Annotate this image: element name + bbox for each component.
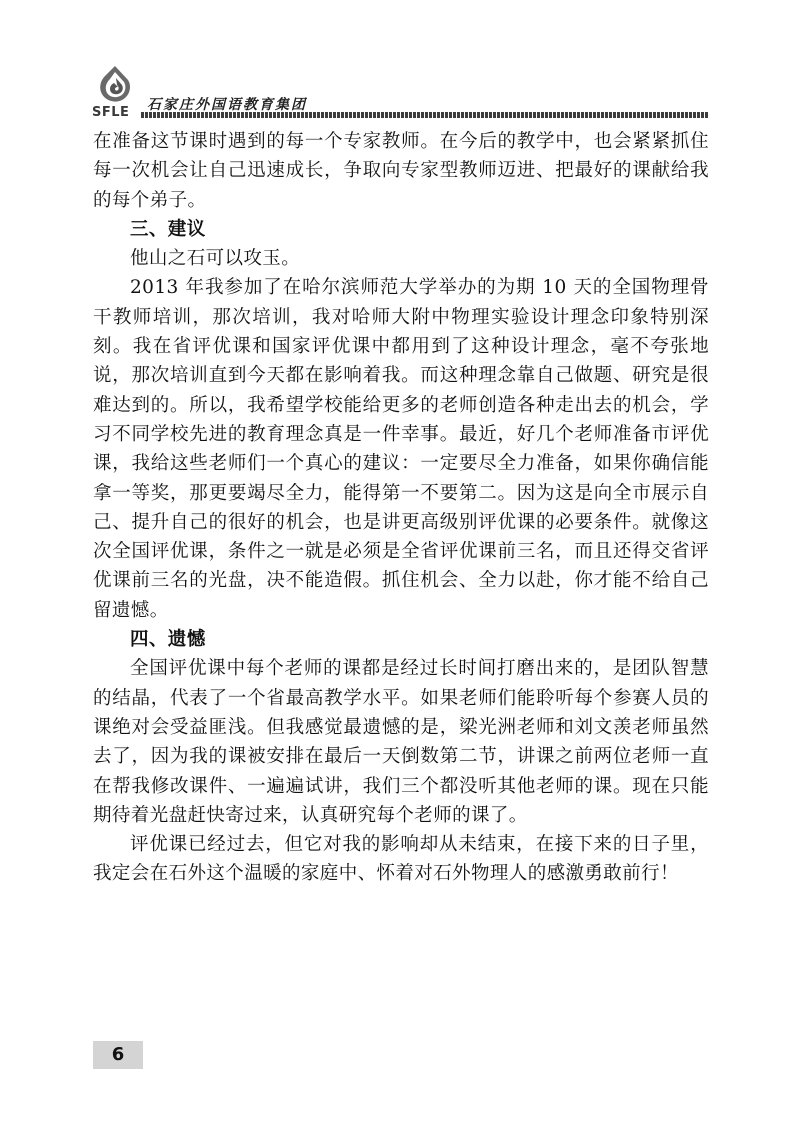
organization-name: 石家庄外国语教育集团 <box>147 94 307 114</box>
page-number: 6 <box>93 1041 143 1069</box>
header-divider <box>141 112 709 118</box>
paragraph-proverb: 他山之石可以攻玉。 <box>93 244 709 273</box>
paragraph-continuation: 在准备这节课时遇到的每一个专家教师。在今后的教学中，也会紧紧抓住每一次机会让自己… <box>93 127 709 215</box>
document-body: 在准备这节课时遇到的每一个专家教师。在今后的教学中，也会紧紧抓住每一次机会让自己… <box>93 127 709 889</box>
paragraph-regrets: 全国评优课中每个老师的课都是经过长时间打磨出来的，是团队智慧的结晶，代表了一个省… <box>93 654 709 830</box>
paragraph-training: 2013 年我参加了在哈尔滨师范大学举办的为期 10 天的全国物理骨干教师培训，… <box>93 273 709 625</box>
logo-icon <box>98 64 132 104</box>
section-heading-regrets: 四、遗憾 <box>93 625 709 654</box>
logo-text: SFLE <box>92 105 129 120</box>
page-header: SFLE 石家庄外国语教育集团 <box>92 64 712 120</box>
paragraph-closing: 评优课已经过去，但它对我的影响却从未结束，在接下来的日子里，我定会在石外这个温暖… <box>93 830 709 889</box>
sfle-logo: SFLE <box>92 64 138 120</box>
section-heading-suggestions: 三、建议 <box>93 215 709 244</box>
